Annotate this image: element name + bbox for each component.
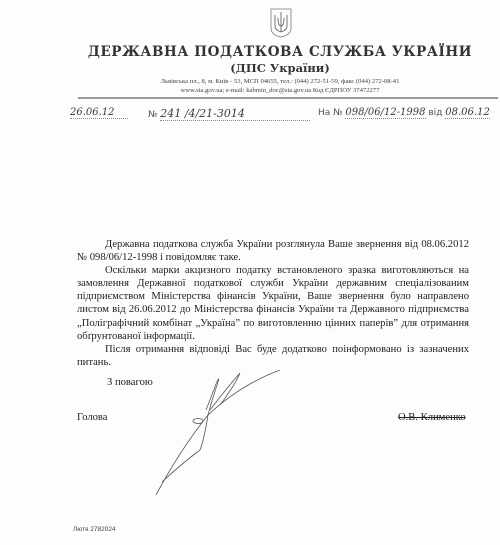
reply-reference: На № 098/06/12-1998 від 08.06.12 bbox=[318, 107, 490, 119]
address-line: Львівська пл., 8, м. Київ - 53, МСП 0465… bbox=[0, 78, 500, 85]
signatory-name: О.В. Клименко bbox=[398, 412, 466, 423]
organization-abbreviation: (ДПС України) bbox=[0, 61, 500, 75]
organization-name: ДЕРЖАВНА ПОДАТКОВА СЛУЖБА УКРАЇНИ bbox=[0, 44, 500, 60]
reference-date: 26.06.12 bbox=[70, 107, 128, 119]
body-paragraph: Державна податкова служба України розгля… bbox=[77, 238, 469, 264]
emblem-icon bbox=[270, 8, 292, 38]
body-paragraph: Оскільки марки акцизного податку встанов… bbox=[77, 264, 469, 343]
body-paragraph: Після отримання відповіді Вас буде додат… bbox=[77, 343, 469, 369]
contact-line: www.sta.gov.ua; e-mail: kabmin_doc@sta.g… bbox=[0, 87, 500, 94]
reference-number: № 241 /4/21-3014 bbox=[148, 107, 310, 121]
signatory-title: Голова bbox=[77, 412, 108, 423]
header-divider bbox=[78, 97, 498, 99]
signature-icon bbox=[140, 370, 340, 505]
letter-body: Державна податкова служба України розгля… bbox=[77, 238, 469, 369]
document-code: Лютя 2782024 bbox=[73, 526, 116, 533]
